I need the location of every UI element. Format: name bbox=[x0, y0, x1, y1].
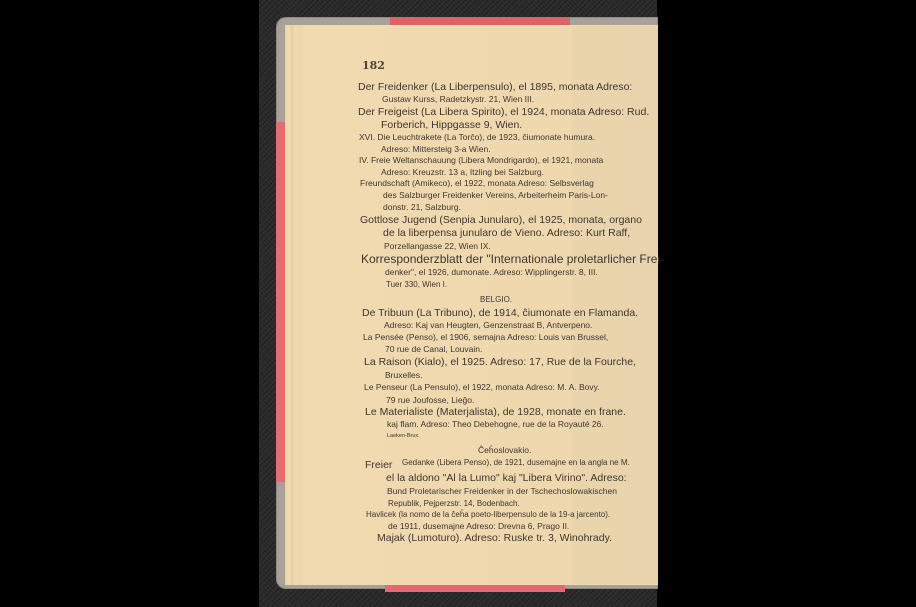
entry-line: Havlicek (la nomo de la ĉeĥa poeto-liber… bbox=[366, 510, 610, 519]
entry-line: Adreso: Kreuzstr. 13 a, Itzling bei Salz… bbox=[381, 167, 544, 177]
section-heading-belgio: BELGIO. bbox=[480, 295, 512, 304]
entry-line: 79 rue Joufosse, Lieĝo. bbox=[386, 395, 474, 405]
entry-line: donstr. 21, Salzburg. bbox=[383, 202, 461, 212]
entry-line: La Pensée (Penso), el 1906, semajna Adre… bbox=[363, 332, 608, 342]
entry-line: XVI. Die Leuchtrakete (La Torĉo), de 192… bbox=[359, 132, 595, 142]
entry-line: Freier bbox=[365, 459, 392, 471]
entry-line: Le Materialiste (Materjalista), de 1928,… bbox=[365, 406, 626, 418]
entry-line: Bund Proletarischer Freidenker in der Ts… bbox=[387, 486, 617, 496]
entry-line: 70 rue de Canal, Louvain. bbox=[385, 344, 482, 354]
cover-red-band-top bbox=[390, 17, 570, 25]
right-margin bbox=[657, 0, 916, 607]
entry-line: Bruxelles. bbox=[385, 370, 422, 380]
entry-line: Le Penseur (La Pensulo), el 1922, monata… bbox=[364, 382, 600, 392]
entry-line: des Salzburger Freidenker Vereins, Arbei… bbox=[383, 190, 608, 200]
entry-line: Tuer 330, Wien I. bbox=[386, 280, 447, 289]
page-number: 182 bbox=[362, 59, 385, 72]
entry-line: Laeken-Brux. bbox=[387, 433, 420, 439]
entry-line: Gustaw Kurss, Radetzkystr. 21, Wien III. bbox=[382, 94, 534, 104]
entry-line: Majak (Lumoturo). Adreso: Ruske tr. 3, W… bbox=[377, 532, 612, 544]
entry-line: IV. Freie Weltanschauung (Libera Mondrig… bbox=[359, 155, 603, 165]
entry-line: kaj flam. Adreso: Theo Debehogne, rue de… bbox=[387, 419, 604, 429]
entry-line: Gottlose Jugend (Senpia Junularo), el 19… bbox=[360, 214, 642, 226]
book-page: 182 Der Freidenker (La Liberpensulo), el… bbox=[305, 26, 658, 584]
entry-line: Der Freidenker (La Liberpensulo), el 189… bbox=[358, 81, 632, 93]
section-heading-cehoslovakio: Ĉeĥoslovakio. bbox=[478, 445, 531, 455]
cover-red-band-bottom bbox=[385, 585, 565, 592]
cover-red-band-left bbox=[276, 122, 285, 482]
entry-line: Freundschaft (Amikeco), el 1922, monata … bbox=[360, 178, 594, 188]
entry-line: La Raison (Kialo), el 1925. Adreso: 17, … bbox=[364, 356, 636, 368]
entry-line: Forberich, Hippgasse 9, Wien. bbox=[381, 119, 522, 131]
entry-line: denker", el 1926, dumonate. Adreso: Wipp… bbox=[385, 267, 598, 277]
entry-line: Der Freigeist (La Libera Spirito), el 19… bbox=[358, 106, 649, 118]
entry-line: Republik, Pejperzstr. 14, Bodenbach. bbox=[388, 499, 520, 508]
entry-line: Korresponderzblatt der "Internationale p… bbox=[361, 252, 664, 266]
entry-line: Adreso: Mittersteig 3-a Wien. bbox=[381, 144, 491, 154]
entry-line: de 1911, dusemajne Adreso: Drevna 6, Pra… bbox=[388, 521, 569, 531]
entry-line: Porzellangasse 22, Wien IX. bbox=[384, 241, 491, 251]
entry-line: de la liberpensa junularo de Vieno. Adre… bbox=[383, 227, 630, 239]
entry-line: De Tribuun (La Tribuno), de 1914, ĉiumon… bbox=[362, 307, 638, 319]
entry-line: Gedanke (Libera Penso), de 1921, dusemaj… bbox=[402, 458, 630, 467]
entry-line: Adreso: Kaj van Heugten, Genzenstraat B,… bbox=[384, 320, 592, 330]
entry-line: el la aldono "Al la Lumo" kaj "Libera Vi… bbox=[386, 472, 627, 484]
